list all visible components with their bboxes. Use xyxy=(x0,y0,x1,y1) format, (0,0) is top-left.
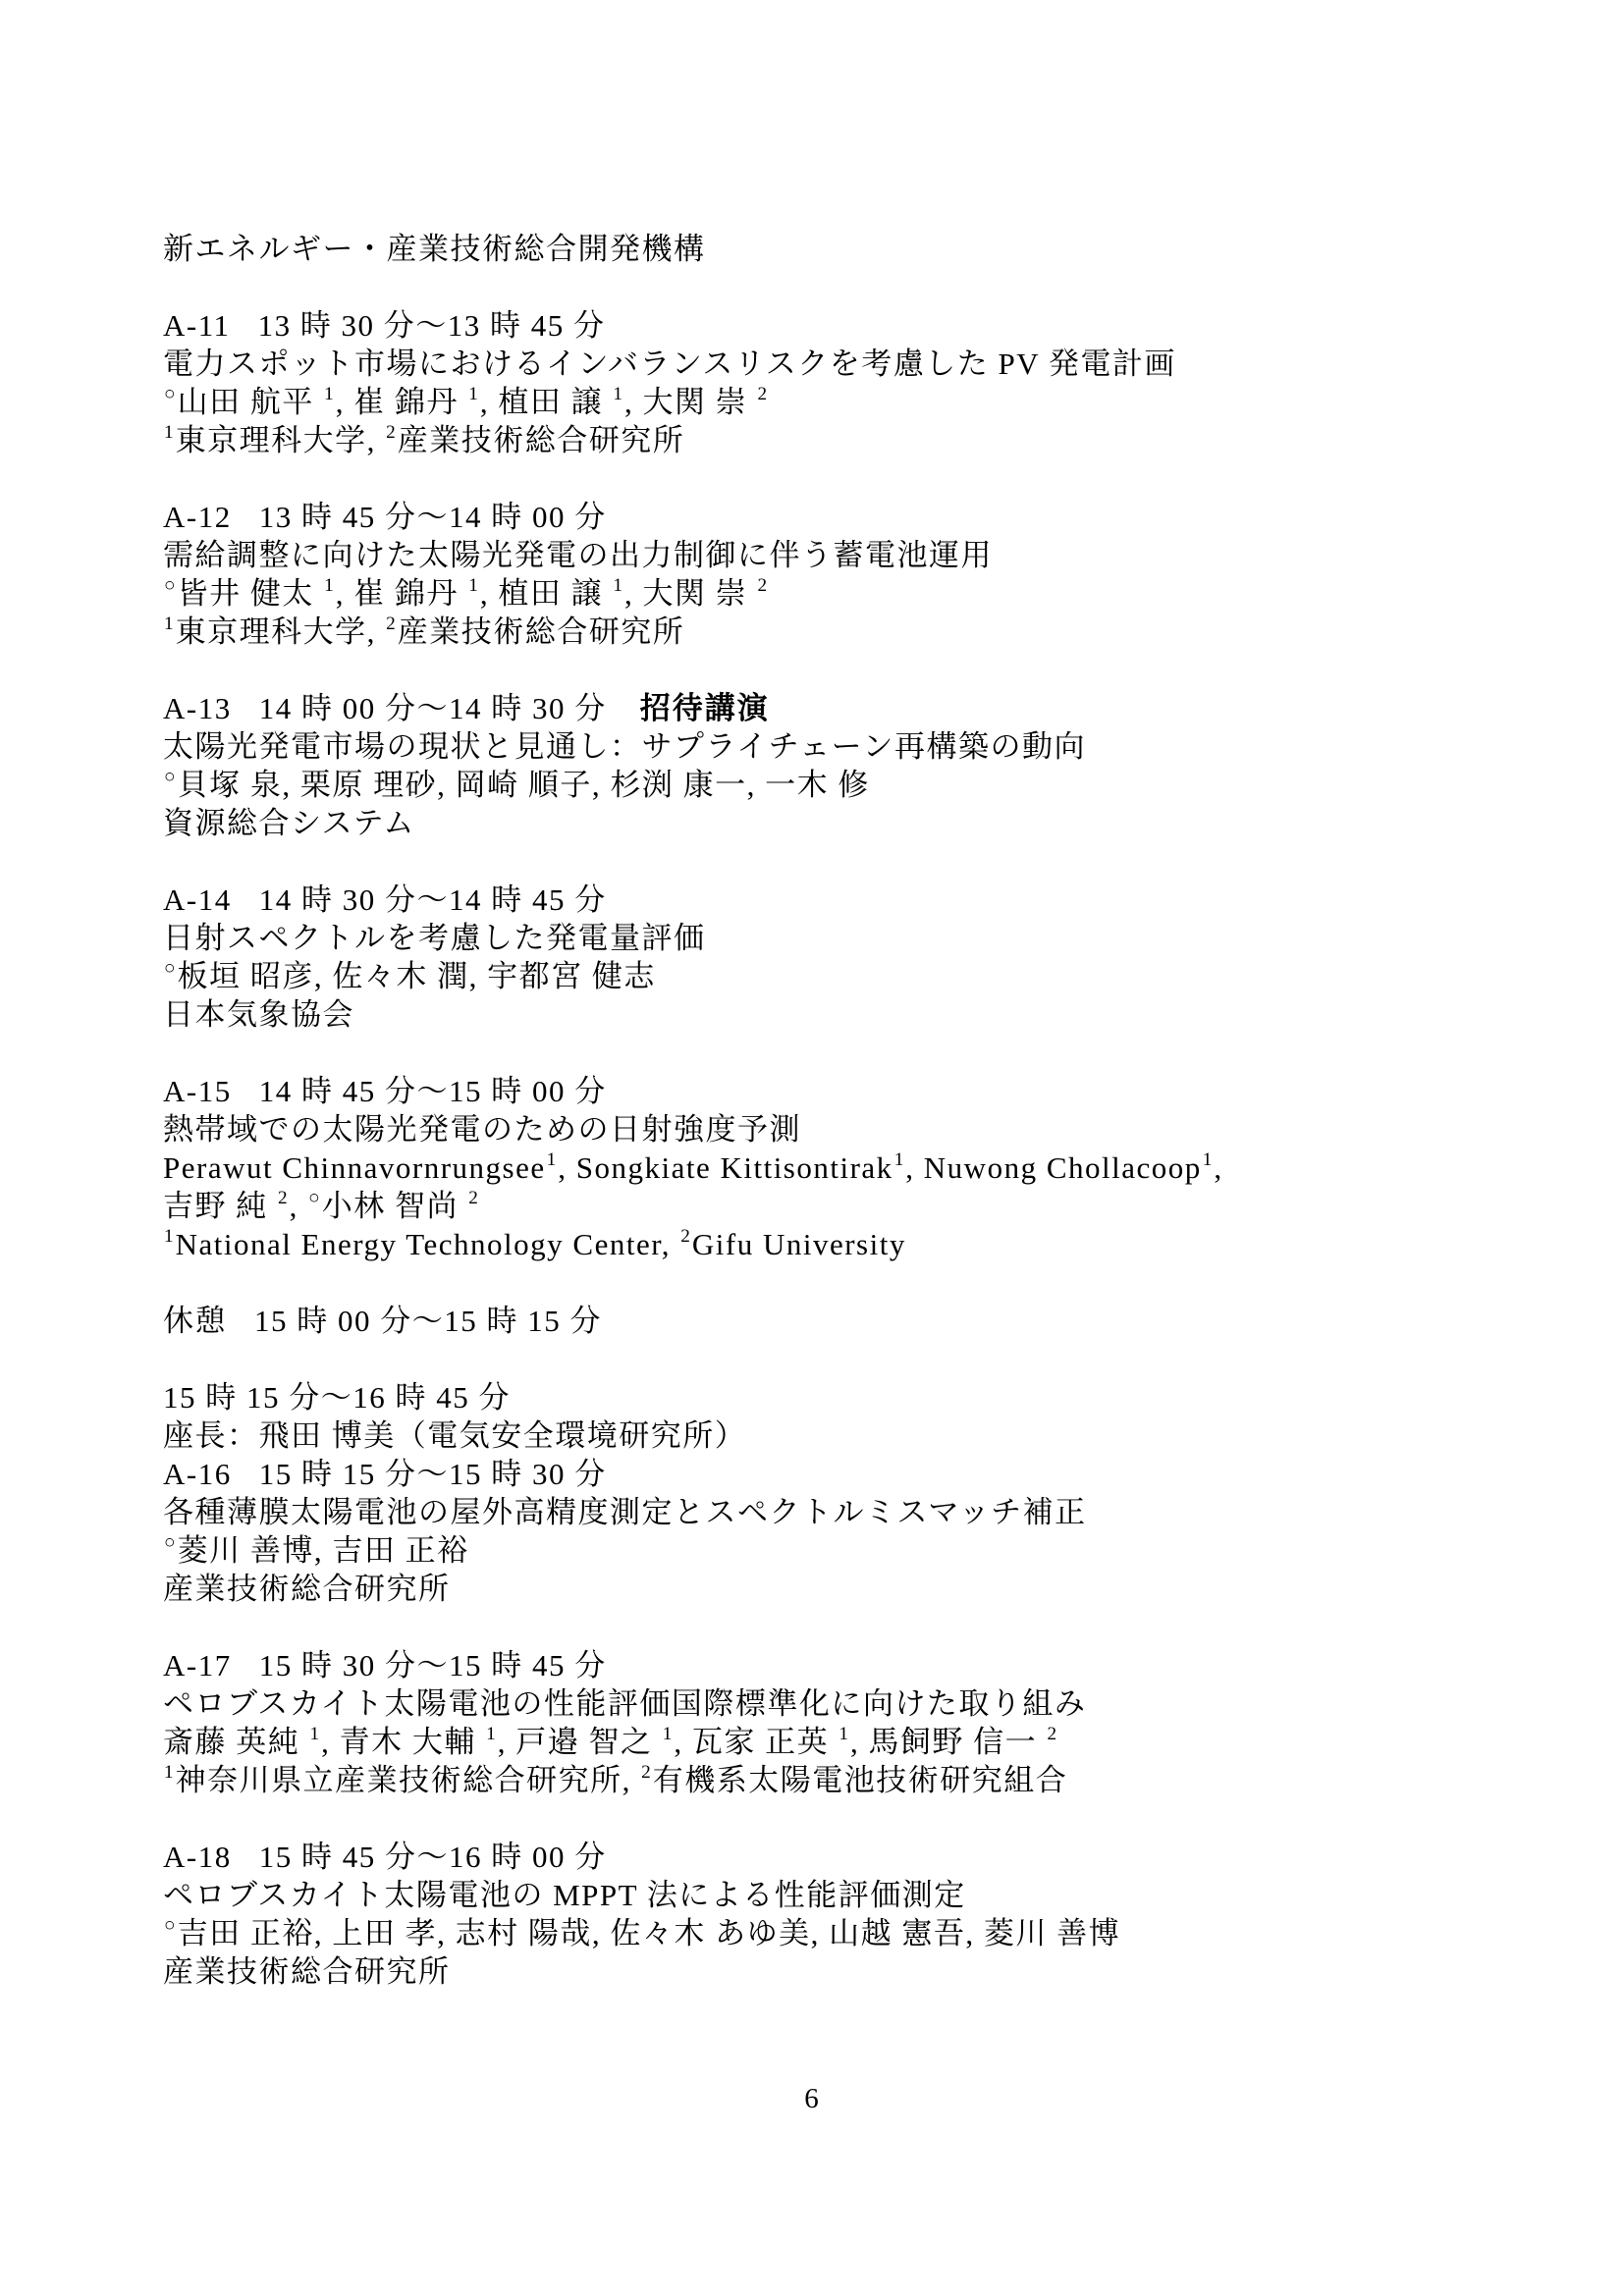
break-block: 休憩15 時 00 分～15 時 15 分 xyxy=(163,1302,1498,1340)
superscript-marker: ○ xyxy=(164,575,176,596)
break-label: 休憩 xyxy=(163,1304,227,1338)
session-block-a-12: A-1213 時 45 分～14 時 00 分需給調整に向けた太陽光発電の出力制… xyxy=(163,498,1498,651)
superscript-marker: 1 xyxy=(164,614,174,634)
page-number: 6 xyxy=(0,2083,1623,2115)
session-heading: A-1414 時 30 分～14 時 45 分 xyxy=(163,881,1498,919)
superscript-marker: 1 xyxy=(310,1724,320,1744)
session-authors-continued: 吉野 純 2, ○小林 智尚 2 xyxy=(163,1187,1498,1225)
session-heading: A-1615 時 15 分～15 時 30 分 xyxy=(163,1455,1498,1493)
session-block-a-11: A-1113 時 30 分～13 時 45 分電力スポット市場におけるインバラン… xyxy=(163,306,1498,459)
superscript-marker: 1 xyxy=(839,1724,848,1744)
superscript-marker: 1 xyxy=(663,1724,673,1744)
superscript-marker: ○ xyxy=(164,1915,176,1936)
superscript-marker: 2 xyxy=(386,614,396,634)
superscript-marker: 2 xyxy=(757,575,767,596)
session-block-a-16: A-1615 時 15 分～15 時 30 分各種薄膜太陽電池の屋外高精度測定と… xyxy=(163,1455,1498,1608)
session-block-a-13: A-1314 時 00 分～14 時 30 分招待講演太陽光発電市場の現状と見通… xyxy=(163,689,1498,842)
session-id: A-18 xyxy=(163,1840,232,1874)
session-heading: A-1815 時 45 分～16 時 00 分 xyxy=(163,1838,1498,1876)
session-id: A-14 xyxy=(163,882,232,917)
session-title: 需給調整に向けた太陽光発電の出力制御に伴う蓄電池運用 xyxy=(163,536,1498,574)
session-title: 日射スペクトルを考慮した発電量評価 xyxy=(163,919,1498,957)
session-id: A-12 xyxy=(163,500,232,534)
superscript-marker: 2 xyxy=(278,1188,288,1208)
session-time: 15 時 30 分～15 時 45 分 xyxy=(259,1648,607,1682)
superscript-marker: 1 xyxy=(164,422,174,443)
superscript-marker: 1 xyxy=(164,1762,174,1783)
session-authors: 斎藤 英純 1, 青木 大輔 1, 戸邉 智之 1, 瓦家 正英 1, 馬飼野 … xyxy=(163,1723,1498,1761)
session-authors: ○貝塚 泉, 栗原 理砂, 岡崎 順子, 杉渕 康一, 一木 修 xyxy=(163,766,1498,804)
superscript-marker: ○ xyxy=(308,1188,320,1208)
session-affiliation: 資源総合システム xyxy=(163,804,1498,842)
session-affiliation: 日本気象協会 xyxy=(163,995,1498,1034)
session-block-a-17: A-1715 時 30 分～15 時 45 分ペロブスカイト太陽電池の性能評価国… xyxy=(163,1646,1498,1799)
chair: 座長：飛田 博美（電気安全環境研究所） xyxy=(163,1416,1498,1455)
session-authors: ○吉田 正裕, 上田 孝, 志村 陽哉, 佐々木 あゆ美, 山越 憲吾, 菱川 … xyxy=(163,1914,1498,1952)
session-title: 太陽光発電市場の現状と見通し：サプライチェーン再構築の動向 xyxy=(163,727,1498,766)
session-block-a-14: A-1414 時 30 分～14 時 45 分日射スペクトルを考慮した発電量評価… xyxy=(163,881,1498,1034)
session-time: 14 時 45 分～15 時 00 分 xyxy=(259,1074,607,1108)
session-block-a-15: A-1514 時 45 分～15 時 00 分熱帯域での太陽光発電のための日射強… xyxy=(163,1072,1498,1263)
session-time: 15 時 15 分～15 時 30 分 xyxy=(259,1457,607,1491)
superscript-marker: 1 xyxy=(894,1149,904,1170)
session-id: A-15 xyxy=(163,1074,232,1108)
session-affiliation: 産業技術総合研究所 xyxy=(163,1952,1498,1991)
superscript-marker: 2 xyxy=(468,1188,478,1208)
session-id: A-16 xyxy=(163,1457,232,1491)
session-title: 熱帯域での太陽光発電のための日射強度予測 xyxy=(163,1110,1498,1148)
session-heading: A-1113 時 30 分～13 時 45 分 xyxy=(163,306,1498,345)
session-block-a-18: A-1815 時 45 分～16 時 00 分ペロブスカイト太陽電池の MPPT… xyxy=(163,1838,1498,1991)
session-time: 13 時 45 分～14 時 00 分 xyxy=(259,500,607,534)
superscript-marker: ○ xyxy=(164,384,176,404)
session-heading: A-1514 時 45 分～15 時 00 分 xyxy=(163,1072,1498,1110)
session-time: 15 時 00 分～15 時 15 分 xyxy=(254,1304,602,1338)
superscript-marker: 2 xyxy=(680,1226,690,1247)
superscript-marker: 1 xyxy=(324,384,334,404)
document-body: 新エネルギー・産業技術総合開発機構A-1113 時 30 分～13 時 45 分… xyxy=(163,230,1498,1991)
superscript-marker: 1 xyxy=(468,384,478,404)
session-time: 15 時 45 分～16 時 00 分 xyxy=(259,1840,607,1874)
superscript-marker: 1 xyxy=(1203,1149,1213,1170)
program-page: 新エネルギー・産業技術総合開発機構A-1113 時 30 分～13 時 45 分… xyxy=(0,0,1623,2296)
session-authors: ○皆井 健太 1, 崔 錦丹 1, 植田 譲 1, 大関 崇 2 xyxy=(163,574,1498,613)
session-heading: A-1715 時 30 分～15 時 45 分 xyxy=(163,1646,1498,1684)
session-affiliation: 産業技術総合研究所 xyxy=(163,1570,1498,1608)
session-time: 14 時 30 分～14 時 45 分 xyxy=(259,882,607,917)
session-heading: A-1213 時 45 分～14 時 00 分 xyxy=(163,498,1498,536)
organizer-affiliation: 新エネルギー・産業技術総合開発機構 xyxy=(163,230,1498,268)
superscript-marker: 1 xyxy=(486,1724,496,1744)
superscript-marker: 2 xyxy=(1047,1724,1056,1744)
session-id: A-17 xyxy=(163,1648,232,1682)
text-block: 新エネルギー・産業技術総合開発機構 xyxy=(163,230,1498,268)
text-block: 15 時 15 分～16 時 45 分座長：飛田 博美（電気安全環境研究所） xyxy=(163,1378,1498,1455)
superscript-marker: 2 xyxy=(641,1762,651,1783)
superscript-marker: ○ xyxy=(164,1532,176,1553)
superscript-marker: ○ xyxy=(164,958,176,979)
superscript-marker: 1 xyxy=(324,575,334,596)
superscript-marker: 1 xyxy=(547,1149,557,1170)
session-heading: A-1314 時 00 分～14 時 30 分招待講演 xyxy=(163,689,1498,727)
session-title: ペロブスカイト太陽電池の MPPT 法による性能評価測定 xyxy=(163,1876,1498,1914)
superscript-marker: 1 xyxy=(613,575,622,596)
session-time: 13 時 30 分～13 時 45 分 xyxy=(258,308,606,343)
session-affiliation: 1東京理科大学, 2産業技術総合研究所 xyxy=(163,613,1498,651)
session-title: 各種薄膜太陽電池の屋外高精度測定とスペクトルミスマッチ補正 xyxy=(163,1493,1498,1531)
session-time: 14 時 00 分～14 時 30 分 xyxy=(259,691,607,725)
session-affiliation: 1東京理科大学, 2産業技術総合研究所 xyxy=(163,421,1498,459)
session-id: A-11 xyxy=(163,308,231,343)
break-heading: 休憩15 時 00 分～15 時 15 分 xyxy=(163,1302,1498,1340)
superscript-marker: 2 xyxy=(757,384,767,404)
session-affiliation: 1神奈川県立産業技術総合研究所, 2有機系太陽電池技術研究組合 xyxy=(163,1761,1498,1799)
superscript-marker: 1 xyxy=(164,1226,174,1247)
superscript-marker: 1 xyxy=(468,575,478,596)
superscript-marker: 2 xyxy=(386,422,396,443)
session-authors: ○板垣 昭彦, 佐々木 潤, 宇都宮 健志 xyxy=(163,957,1498,995)
invited-talk-badge: 招待講演 xyxy=(640,691,770,725)
session-title: 電力スポット市場におけるインバランスリスクを考慮した PV 発電計画 xyxy=(163,345,1498,383)
session-id: A-13 xyxy=(163,691,232,725)
session-authors: Perawut Chinnavornrungsee1, Songkiate Ki… xyxy=(163,1148,1498,1187)
superscript-marker: 1 xyxy=(613,384,622,404)
session-time-range: 15 時 15 分～16 時 45 分 xyxy=(163,1378,1498,1416)
session-authors: ○山田 航平 1, 崔 錦丹 1, 植田 譲 1, 大関 崇 2 xyxy=(163,383,1498,421)
session-authors: ○菱川 善博, 吉田 正裕 xyxy=(163,1531,1498,1570)
session-title: ペロブスカイト太陽電池の性能評価国際標準化に向けた取り組み xyxy=(163,1684,1498,1723)
superscript-marker: ○ xyxy=(164,767,176,787)
session-affiliation: 1National Energy Technology Center, 2Gif… xyxy=(163,1225,1498,1263)
